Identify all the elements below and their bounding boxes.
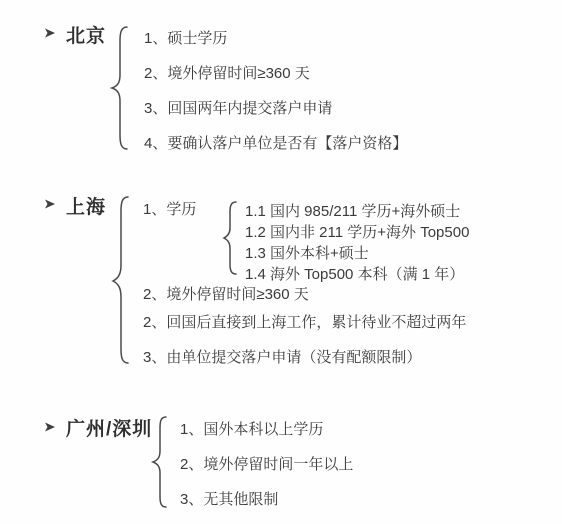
requirement-item: 4、要确认落户单位是否有【落户资格】 bbox=[144, 132, 407, 153]
curly-brace-guangzhou bbox=[148, 415, 172, 509]
curly-brace-shanghai bbox=[108, 194, 134, 366]
arrow-bullet-icon bbox=[44, 27, 56, 39]
arrow-bullet-icon bbox=[44, 421, 56, 433]
requirement-item: 1、硕士学历 bbox=[144, 27, 227, 48]
sub-requirement-item: 1.4 海外 Top500 本科（满 1 年） bbox=[245, 263, 464, 284]
requirement-item: 2、境外停留时间≥360 天 bbox=[143, 283, 309, 304]
requirement-item: 2、回国后直接到上海工作，累计待业不超过两年 bbox=[143, 311, 466, 332]
mindmap-canvas: 北京 1、硕士学历 2、境外停留时间≥360 天 3、回国两年内提交落户申请 4… bbox=[0, 0, 562, 524]
curly-brace-beijing bbox=[107, 24, 133, 152]
requirement-item: 2、境外停留时间≥360 天 bbox=[144, 62, 310, 83]
requirement-item: 2、境外停留时间一年以上 bbox=[180, 453, 353, 474]
curly-brace-education bbox=[221, 200, 241, 276]
sub-requirement-item: 1.2 国内非 211 学历+海外 Top500 bbox=[245, 221, 469, 242]
requirement-item: 1、学历 bbox=[143, 198, 196, 219]
sub-requirement-item: 1.3 国外本科+硕士 bbox=[245, 242, 369, 263]
requirement-item: 3、由单位提交落户申请（没有配额限制） bbox=[143, 346, 421, 367]
sub-requirement-item: 1.1 国内 985/211 学历+海外硕士 bbox=[245, 200, 460, 221]
requirement-item: 1、国外本科以上学历 bbox=[180, 418, 323, 439]
city-label-shanghai: 上海 bbox=[66, 192, 106, 219]
requirement-item: 3、回国两年内提交落户申请 bbox=[144, 97, 332, 118]
arrow-bullet-icon bbox=[44, 198, 56, 210]
city-label-beijing: 北京 bbox=[66, 21, 106, 48]
requirement-item: 3、无其他限制 bbox=[180, 488, 278, 509]
city-label-guangzhou-shenzhen: 广州/深圳 bbox=[66, 414, 152, 441]
